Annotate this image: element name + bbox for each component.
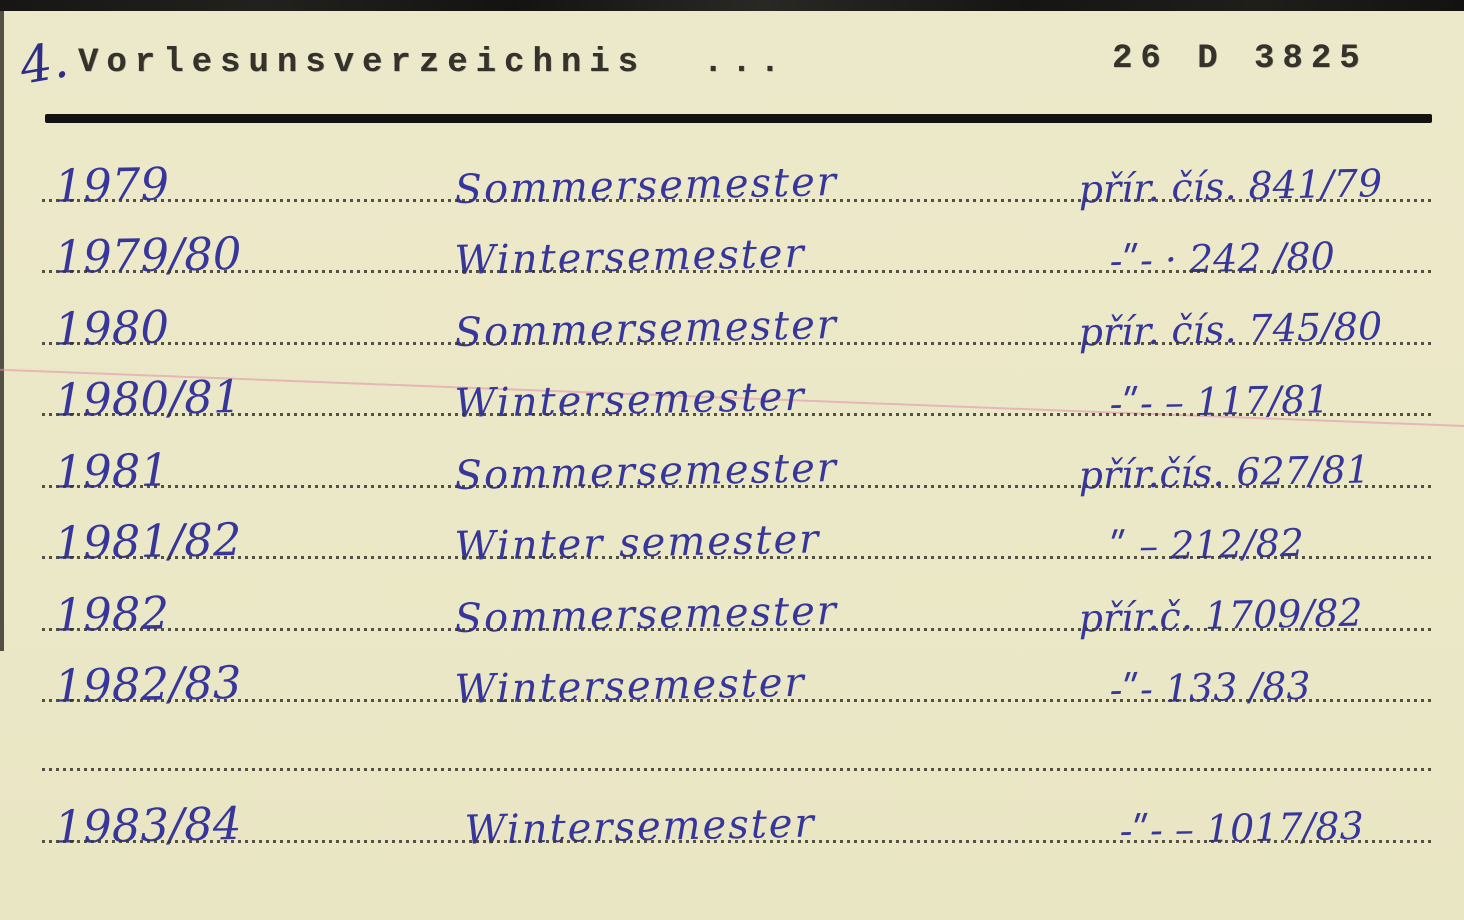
table-row: 1982 Sommersemester přír.č. 1709/82 — [45, 559, 1432, 631]
empty-row — [45, 702, 1432, 771]
table-row: 1979 Sommersemester přír. čís. 841/79 — [45, 130, 1432, 202]
header-rule — [45, 114, 1432, 123]
scan-left-edge — [0, 11, 4, 651]
table-row: 1980/81 Wintersemester -ʺ- – 117/81 — [45, 345, 1432, 417]
table-row: 1981/82 Winter semester ʺ – 212/82 — [45, 488, 1432, 560]
handwritten-annotation-mark: 4. — [15, 30, 72, 95]
accession-cell: -ʺ- – 1017/83 — [1064, 806, 1432, 850]
table-row: 1982/83 Wintersemester -ʺ- 133 /83 — [45, 631, 1432, 703]
scan-top-edge — [0, 0, 1464, 11]
table-row: 1979/80 Wintersemester -ʺ- · 242 /80 — [45, 202, 1432, 274]
table-row: 1980 Sommersemester přír. čís. 745/80 — [45, 273, 1432, 345]
accession-table: 1979 Sommersemester přír. čís. 841/79 19… — [45, 130, 1432, 843]
table-row: 1983/84 Wintersemester -ʺ- – 1017/83 — [45, 771, 1432, 843]
table-row: 1981 Sommersemester přír.čís. 627/81 — [45, 416, 1432, 488]
shelfmark: 26 D 3825 — [1112, 40, 1368, 78]
card-title: Vorlesunsverzeichnis ... — [78, 44, 788, 82]
semester-cell: Wintersemester — [454, 799, 1065, 850]
year-cell: 1983/84 — [44, 799, 455, 850]
